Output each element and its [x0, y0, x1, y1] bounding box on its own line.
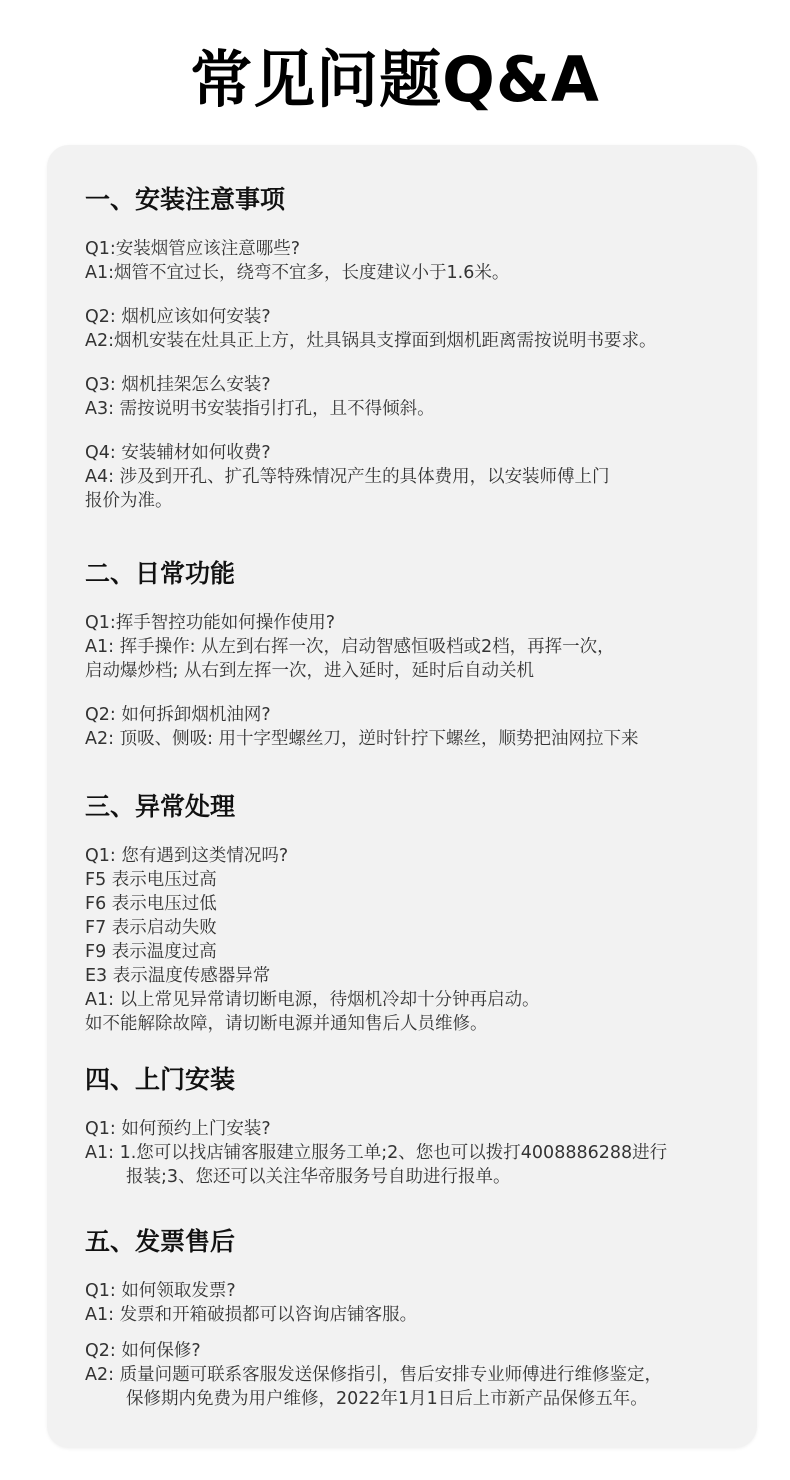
answer: A2: 质量问题可联系客服发送保修指引，售后安排专业师傅进行维修鉴定，	[85, 1363, 745, 1387]
answer-continued: 报装;3、您还可以关注华帝服务号自助进行报单。	[85, 1165, 745, 1189]
question: Q1: 如何预约上门安装?	[85, 1117, 745, 1141]
answer-continued: 启动爆炒档; 从右到左挥一次，进入延时，延时后自动关机	[85, 659, 745, 683]
answer: A2: 顶吸、侧吸: 用十字型螺丝刀，逆时针拧下螺丝，顺势把油网拉下来	[85, 727, 745, 751]
question: Q3: 烟机挂架怎么安装?	[85, 373, 745, 397]
question: Q1: 如何领取发票?	[85, 1279, 745, 1303]
answer-continued: 保修期内免费为用户维修，2022年1月1日后上市新产品保修五年。	[85, 1387, 745, 1411]
answer: A1: 以上常见异常请切断电源，待烟机冷却十分钟再启动。	[85, 988, 745, 1012]
qa-item: Q3: 烟机挂架怎么安装? A3: 需按说明书安装指引打孔，且不得倾斜。	[85, 373, 745, 421]
qa-item: Q4: 安装辅材如何收费? A4: 涉及到开孔、扩孔等特殊情况产生的具体费用，以…	[85, 441, 745, 513]
answer: A1: 发票和开箱破损都可以咨询店铺客服。	[85, 1303, 745, 1327]
qa-item: Q1: 您有遇到这类情况吗? F5 表示电压过高 F6 表示电压过低 F7 表示…	[85, 844, 745, 1036]
question: Q1:安装烟管应该注意哪些?	[85, 237, 745, 261]
qa-item: Q2: 烟机应该如何安装? A2:烟机安装在灶具正上方，灶具锅具支撑面到烟机距离…	[85, 305, 745, 353]
answer: A1: 挥手操作: 从左到右挥一次，启动智感恒吸档或2档，再挥一次，	[85, 635, 745, 659]
faq-card: 一、安装注意事项 Q1:安装烟管应该注意哪些? A1:烟管不宜过长，绕弯不宜多，…	[47, 145, 757, 1448]
qa-item: Q1: 如何领取发票? A1: 发票和开箱破损都可以咨询店铺客服。	[85, 1279, 745, 1327]
question: Q2: 如何保修?	[85, 1339, 745, 1363]
error-code-f9: F9 表示温度过高	[85, 940, 745, 964]
answer: A3: 需按说明书安装指引打孔，且不得倾斜。	[85, 397, 745, 421]
answer-continued: 报价为准。	[85, 489, 745, 513]
error-code-f6: F6 表示电压过低	[85, 892, 745, 916]
section-daily-functions: 二、日常功能 Q1:挥手智控功能如何操作使用? A1: 挥手操作: 从左到右挥一…	[85, 557, 745, 771]
question: Q4: 安装辅材如何收费?	[85, 441, 745, 465]
qa-item: Q1:挥手智控功能如何操作使用? A1: 挥手操作: 从左到右挥一次，启动智感恒…	[85, 611, 745, 683]
question: Q2: 烟机应该如何安装?	[85, 305, 745, 329]
section-title: 五、发票售后	[85, 1225, 745, 1259]
question: Q1: 您有遇到这类情况吗?	[85, 844, 745, 868]
qa-item: Q2: 如何保修? A2: 质量问题可联系客服发送保修指引，售后安排专业师傅进行…	[85, 1339, 745, 1411]
section-troubleshooting: 三、异常处理 Q1: 您有遇到这类情况吗? F5 表示电压过高 F6 表示电压过…	[85, 790, 745, 1056]
error-code-e3: E3 表示温度传感器异常	[85, 964, 745, 988]
answer: A4: 涉及到开孔、扩孔等特殊情况产生的具体费用，以安装师傅上门	[85, 465, 745, 489]
qa-item: Q1: 如何预约上门安装? A1: 1.您可以找店铺客服建立服务工单;2、您也可…	[85, 1117, 745, 1189]
section-title: 四、上门安装	[85, 1063, 745, 1097]
page-title: 常见问题Q&A	[0, 40, 790, 120]
section-title: 二、日常功能	[85, 557, 745, 591]
answer-continued: 如不能解除故障，请切断电源并通知售后人员维修。	[85, 1012, 745, 1036]
answer: A1: 1.您可以找店铺客服建立服务工单;2、您也可以拨打4008886288进…	[85, 1141, 745, 1165]
section-onsite-installation: 四、上门安装 Q1: 如何预约上门安装? A1: 1.您可以找店铺客服建立服务工…	[85, 1063, 745, 1209]
question: Q2: 如何拆卸烟机油网?	[85, 703, 745, 727]
section-title: 三、异常处理	[85, 790, 745, 824]
section-title: 一、安装注意事项	[85, 183, 745, 217]
question: Q1:挥手智控功能如何操作使用?	[85, 611, 745, 635]
error-code-f5: F5 表示电压过高	[85, 868, 745, 892]
section-invoice-aftersales: 五、发票售后 Q1: 如何领取发票? A1: 发票和开箱破损都可以咨询店铺客服。…	[85, 1225, 745, 1431]
section-installation-notes: 一、安装注意事项 Q1:安装烟管应该注意哪些? A1:烟管不宜过长，绕弯不宜多，…	[85, 183, 745, 533]
error-code-f7: F7 表示启动失败	[85, 916, 745, 940]
answer: A1:烟管不宜过长，绕弯不宜多，长度建议小于1.6米。	[85, 261, 745, 285]
qa-item: Q2: 如何拆卸烟机油网? A2: 顶吸、侧吸: 用十字型螺丝刀，逆时针拧下螺丝…	[85, 703, 745, 751]
qa-item: Q1:安装烟管应该注意哪些? A1:烟管不宜过长，绕弯不宜多，长度建议小于1.6…	[85, 237, 745, 285]
answer: A2:烟机安装在灶具正上方，灶具锅具支撑面到烟机距离需按说明书要求。	[85, 329, 745, 353]
